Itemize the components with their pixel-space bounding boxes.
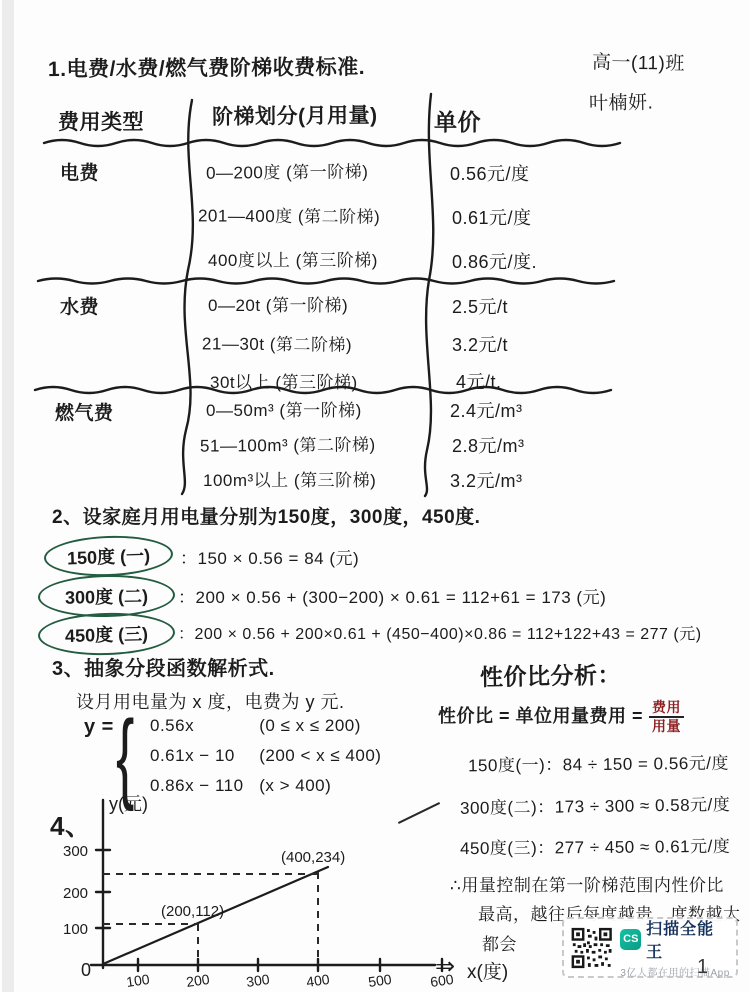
table-header-separator: [44, 140, 620, 146]
table-row-category: 电费: [60, 158, 99, 185]
camscanner-logo-icon: CS: [620, 929, 641, 950]
watermark-text-block: CS 扫描全能王 3亿人都在用的扫描App: [620, 916, 730, 979]
analysis-line: 150度(一)：84 ÷ 150 = 0.56元/度: [468, 749, 729, 777]
case-circle: 150度 (一): [43, 534, 173, 578]
point-label-400-234: (400,234): [281, 849, 345, 866]
fraction-denominator: 用量: [649, 719, 684, 734]
table-header-tier: 阶梯划分(月用量): [212, 99, 378, 131]
case-label: 300度 (二): [65, 582, 148, 609]
table-row-separator-1: [38, 279, 614, 284]
piece-expression: 0.61x − 10: [150, 746, 254, 766]
camscanner-watermark: CS 扫描全能王 3亿人都在用的扫描App: [562, 917, 738, 978]
table-row-category: 燃气费: [55, 398, 114, 425]
tier-cell: 0—200度 (第一阶梯): [206, 157, 369, 183]
case-label: 450度 (三): [65, 620, 149, 648]
piece-domain: (200 < x ≤ 400): [259, 746, 381, 765]
case-label: 150度 (一): [67, 542, 151, 571]
price-cell: 2.5元/t: [452, 293, 508, 319]
cost-per-usage-fraction: 费用用量: [649, 700, 684, 734]
case-expression: ：150 × 0.56 = 84 (元): [180, 544, 359, 569]
table-header-unit-price: 单价: [434, 104, 481, 137]
tier-cell: 0—20t (第一阶梯): [208, 291, 348, 316]
piece-expression: 0.56x: [150, 716, 254, 736]
analysis-title: 性价比分析：: [480, 657, 622, 692]
y-tick-label: 200: [63, 885, 88, 902]
scan-edge-strip: [2, 0, 14, 992]
price-cell: 2.8元/m³: [452, 432, 525, 458]
problem3-heading: 3、抽象分段函数解析式.: [52, 652, 275, 681]
x-tick-label: 200: [185, 971, 211, 990]
y-axis-label: y(元): [109, 794, 148, 814]
y-tick-label: 100: [63, 921, 88, 938]
price-cell: 2.4元/m³: [450, 397, 523, 423]
x-axis-arrow-icon: ⇒: [435, 953, 455, 980]
tier-cell: 100m³以上 (第三阶梯): [203, 466, 376, 491]
case-expression: ：200 × 0.56 + (300−200) × 0.61 = 112+61 …: [178, 583, 606, 608]
piecewise-row: 0.61x − 10 (200 < x ≤ 400): [150, 746, 381, 766]
scanned-notes-page: 1.电费/水费/燃气费阶梯收费标准. 高一(11)班 叶楠妍. 费用类型 阶梯划…: [0, 0, 750, 992]
point-label-200-112: (200,112): [161, 903, 224, 920]
piece-domain: (0 ≤ x ≤ 200): [259, 716, 361, 735]
case-expression: ：200 × 0.56 + 200×0.61 + (450−400)×0.86 …: [178, 621, 702, 644]
price-cell: 3.2元/t: [452, 331, 508, 357]
piecewise-brace: {: [116, 706, 134, 806]
tier-cell: 30t以上 (第三阶梯): [210, 368, 358, 393]
price-cell: 0.61元/度: [452, 204, 532, 230]
origin-label: 0: [81, 960, 91, 980]
tier-cell: 201—400度 (第二阶梯): [198, 201, 380, 227]
tier-cell: 21—30t (第二阶梯): [202, 329, 352, 355]
price-cell: 0.86元/度.: [452, 248, 537, 274]
table-header-fee-type: 费用类型: [58, 106, 144, 136]
page-title: 1.电费/水费/燃气费阶梯收费标准.: [48, 51, 365, 83]
price-cell: 4元/t.: [456, 368, 502, 394]
case-circle: 300度 (二): [38, 574, 176, 618]
x-axis-label: x(度): [467, 961, 508, 983]
fraction-numerator: 费用: [649, 700, 684, 715]
analysis-formula: 性价比 = 单位用量费用 =费用用量: [438, 700, 684, 734]
x-tick-label: 300: [245, 971, 271, 990]
camscanner-app-name: 扫描全能王: [646, 916, 730, 962]
piecewise-lhs: y =: [84, 716, 114, 739]
price-cell: 3.2元/m³: [450, 467, 523, 493]
piecewise-row: 0.56x (0 ≤ x ≤ 200): [150, 716, 361, 736]
table-vertical-line-2: [425, 94, 433, 496]
price-cell: 0.56元/度: [450, 160, 530, 186]
x-tick-label: 400: [305, 971, 331, 990]
table-vertical-line-1: [182, 100, 193, 494]
table-row-category: 水费: [60, 292, 99, 319]
tier-cell: 0—50m³ (第一阶梯): [206, 396, 362, 421]
problem2-heading: 2、设家庭月用电量分别为150度，300度，450度.: [52, 502, 480, 529]
y-tick-label: 300: [63, 843, 88, 860]
page-number: 1: [697, 956, 709, 979]
usage-cost-graph: y(元) 0 300 200 100 100 200 300 400 500 6…: [35, 792, 555, 992]
case-circle: 450度 (三): [37, 611, 175, 657]
analysis-formula-prefix: 性价比 = 单位用量费用 =: [438, 706, 643, 726]
camscanner-tagline: 3亿人都在用的扫描App: [620, 964, 730, 979]
x-tick-label: 100: [125, 971, 151, 990]
qr-code-icon: [570, 926, 613, 970]
x-tick-label: 500: [367, 971, 393, 990]
class-label: 高一(11)班: [592, 47, 685, 76]
tier-cell: 51—100m³ (第二阶梯): [200, 430, 376, 456]
tier-cell: 400度以上 (第三阶梯): [208, 246, 378, 271]
